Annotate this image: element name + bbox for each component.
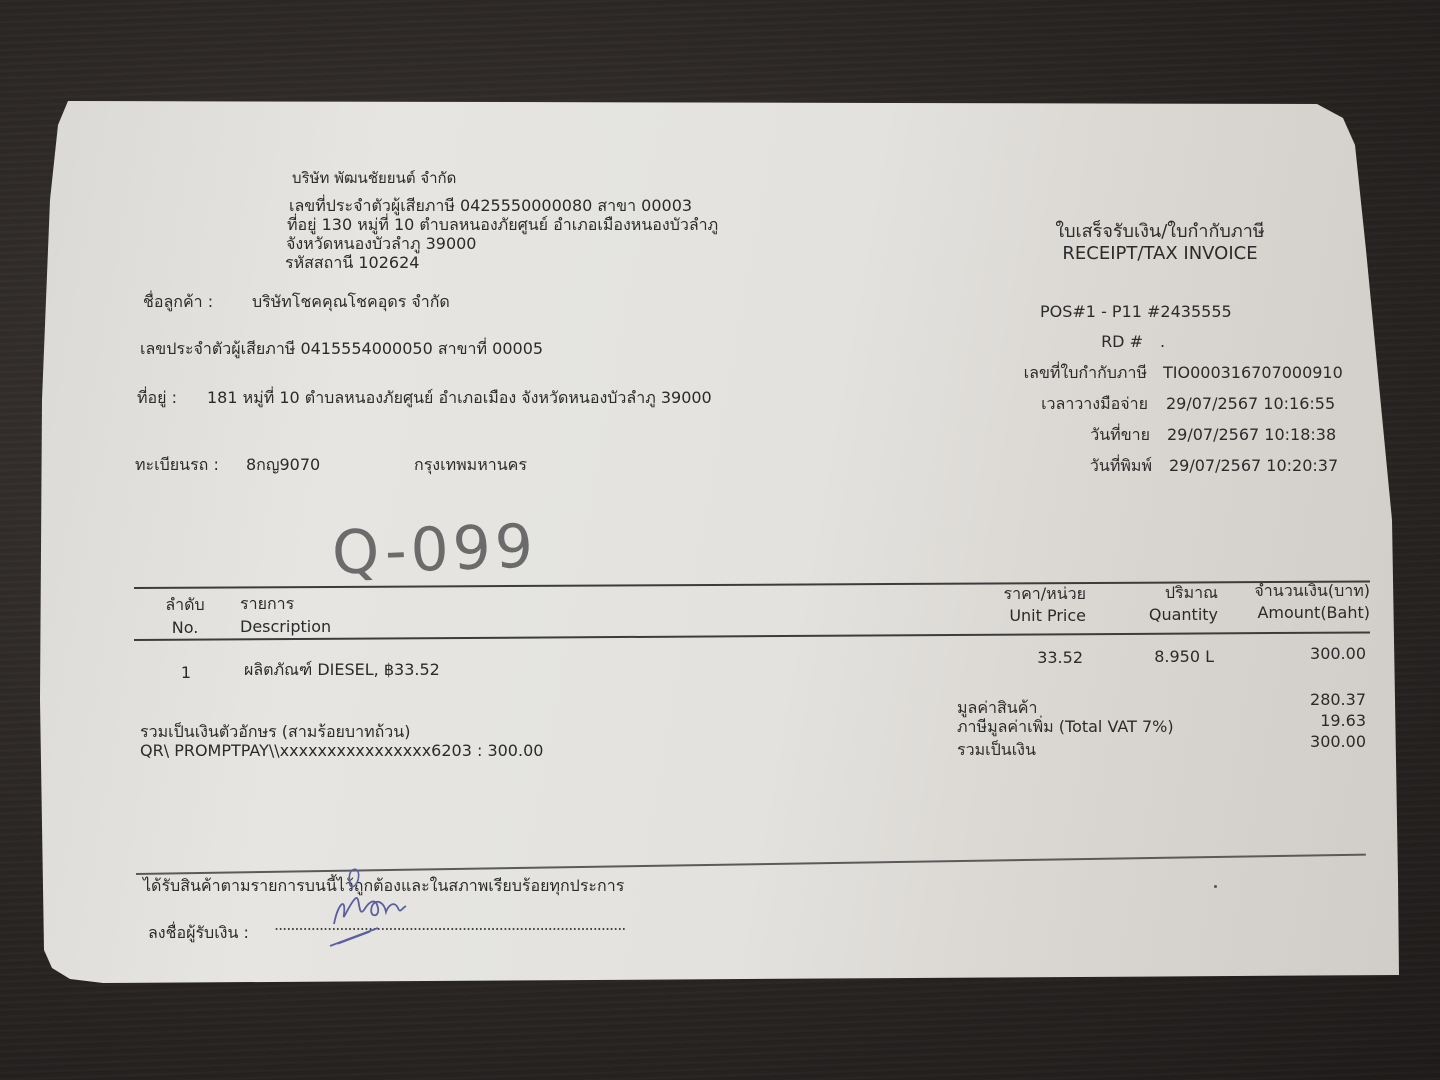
customer-name-label: ชื่อลูกค้า : — [143, 292, 213, 312]
seller-station-code: รหัสสถานี 102624 — [285, 253, 419, 273]
header-no-thai: ลำดับ — [150, 595, 220, 615]
header-price-english: Unit Price — [960, 606, 1086, 626]
print-date-label: วันที่พิมพ์ — [980, 456, 1152, 476]
total-label: รวมเป็นเงิน — [957, 740, 1036, 760]
receipt-paper: บริษัท พัฒนชัยยนต์ จำกัด เลขที่ประจำตัวผ… — [0, 0, 1440, 1080]
customer-name: บริษัทโชคคุณโชคอุดร จำกัด — [252, 292, 450, 312]
subtotal-value: 280.37 — [1260, 690, 1366, 710]
row-amount: 300.00 — [1250, 644, 1366, 664]
total-value: 300.00 — [1260, 732, 1366, 752]
customer-address: 181 หมู่ที่ 10 ตำบลหนองภัยศูนย์ อำเภอเมื… — [207, 388, 712, 408]
customer-tax-id: เลขประจำตัวผู้เสียภาษี 0415554000050 สาข… — [140, 339, 543, 359]
seller-name: บริษัท พัฒนชัยยนต์ จำกัด — [292, 168, 456, 188]
header-qty-english: Quantity — [1110, 605, 1218, 625]
header-price-thai: ราคา/หน่วย — [960, 584, 1086, 604]
document-title-thai: ใบเสร็จรับเงิน/ใบกำกับภาษี — [1030, 221, 1290, 243]
plate-province: กรุงเทพมหานคร — [414, 455, 527, 475]
paper-speck — [1214, 885, 1217, 888]
plate-number: 8กญ9070 — [246, 455, 320, 475]
subtotal-label: มูลค่าสินค้า — [957, 698, 1037, 718]
header-amount-english: Amount(Baht) — [1220, 603, 1370, 623]
header-no-english: No. — [150, 618, 220, 638]
nozzle-time-label: เวลาวางมือจ่าย — [980, 394, 1148, 414]
rd-label: RD # — [1000, 332, 1143, 352]
customer-address-label: ที่อยู่ : — [137, 388, 177, 408]
print-date-value: 29/07/2567 10:20:37 — [1169, 456, 1338, 476]
header-amount-thai: จำนวนเงิน(บาท) — [1220, 581, 1370, 601]
amount-in-words: รวมเป็นเงินตัวอักษร (สามร้อยบาทถ้วน) — [140, 722, 410, 742]
signature-label: ลงชื่อผู้รับเงิน : — [148, 923, 249, 943]
seller-tax-id: เลขที่ประจำตัวผู้เสียภาษี 0425550000080 … — [289, 196, 692, 216]
document-title-english: RECEIPT/TAX INVOICE — [1030, 243, 1290, 265]
sale-date-label: วันที่ขาย — [980, 425, 1150, 445]
row-quantity: 8.950 L — [1120, 647, 1214, 667]
tax-invoice-label: เลขที่ใบกำกับภาษี — [980, 363, 1147, 383]
handwritten-note: Q-099 — [331, 511, 538, 588]
rd-value: . — [1160, 332, 1165, 352]
row-description: ผลิตภัณฑ์ DIESEL, ฿33.52 — [244, 660, 440, 680]
row-unit-price: 33.52 — [990, 648, 1083, 668]
sale-date-value: 29/07/2567 10:18:38 — [1167, 425, 1336, 445]
seller-address-line2: จังหวัดหนองบัวลำภู 39000 — [286, 234, 476, 254]
header-desc-thai: รายการ — [240, 594, 294, 614]
header-qty-thai: ปริมาณ — [1110, 583, 1218, 603]
payment-method: QR\ PROMPTPAY\\xxxxxxxxxxxxxxxx6203 : 30… — [140, 741, 543, 761]
vat-value: 19.63 — [1260, 711, 1366, 731]
tax-invoice-number: TIO000316707000910 — [1163, 363, 1343, 383]
vat-label: ภาษีมูลค่าเพิ่ม (Total VAT 7%) — [957, 717, 1174, 737]
header-desc-english: Description — [240, 617, 331, 637]
handwritten-signature — [320, 862, 420, 952]
pos-number: POS#1 - P11 #2435555 — [1040, 302, 1232, 322]
plate-label: ทะเบียนรถ : — [135, 455, 219, 475]
nozzle-time-value: 29/07/2567 10:16:55 — [1166, 394, 1335, 414]
row-no: 1 — [170, 663, 202, 683]
seller-address-line1: ที่อยู่ 130 หมู่ที่ 10 ตำบลหนองภัยศูนย์ … — [287, 215, 718, 235]
